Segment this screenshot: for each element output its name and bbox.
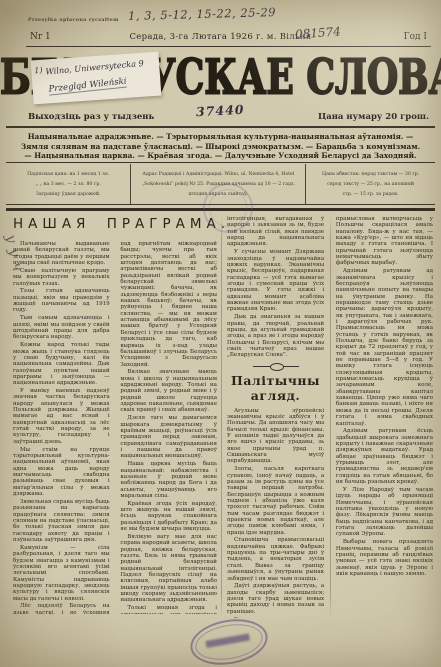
program-article: НАШАЯ ПРАГРАМА. Пачынаючы выдаваньне нов… xyxy=(13,216,217,618)
article-column-2: пад прыгнётам міжнароднай банды; чуючы п… xyxy=(120,241,217,614)
year-label: Год І xyxy=(404,32,427,42)
column-rule xyxy=(221,216,222,618)
article-column-3: інтэлігенцыя, выгадаваная ў народзе і зь… xyxy=(227,216,324,618)
article-title-political-review: Палітычны агляд. xyxy=(227,373,324,403)
subheader-row: Выходзіць раз у тыдзень Цана нумару 20 г… xyxy=(28,112,429,122)
handwritten-pagination-note: 1, 3, 5-12, 15-22, 25-29 xyxy=(128,5,276,23)
body-columns: НАШАЯ ПРАГРАМА. Пачынаючы выдаваньне нов… xyxy=(13,216,433,618)
oval-library-stamp xyxy=(187,614,271,667)
price-note: Цана нумару 20 грош. xyxy=(318,112,429,122)
frequency-note: Выходзіць раз у тыдзень xyxy=(28,112,154,122)
political-review-start: Агульны эўропейскі эканамічны крызіс адб… xyxy=(227,408,324,618)
program-article-ending: інтэлігенцыя, выгадаваная ў народзе і зь… xyxy=(227,216,324,359)
label-title-line: Przegląd Wileński xyxy=(48,77,127,96)
header-rule xyxy=(26,46,431,47)
dateline: Серада, 3-га Лютага 1926 г. м. Вільня xyxy=(0,32,441,42)
label-mark: 1) xyxy=(34,66,43,76)
subscription-price-box: Падпісная цана: на 1 месяц 1 зл.„ „ на 3… xyxy=(6,164,130,204)
right-columns: інтэлігенцыя, выгадаваная ў народзе і зь… xyxy=(227,216,433,618)
advertising-price-box: Цана абвестак: перад тэкстам — 30 гр.сяр… xyxy=(306,164,435,204)
pasted-address-label: 1) Wilno, Uniwersytecka 9 Przegląd Wileń… xyxy=(31,52,162,105)
slogan-bar: Нацыянальнае адраджэньне. — Тэрыторыяльн… xyxy=(6,126,435,161)
label-address-line: Wilno, Uniwersytecka 9 xyxy=(45,57,155,77)
slogan-bottom-rule xyxy=(6,162,435,163)
postage-paid-note: Przesyłka opłacona ryczałtem xyxy=(28,17,119,23)
round-library-stamp xyxy=(203,183,253,233)
article-column-1: Пачынаючы выдаваньне новай беларускай га… xyxy=(13,241,110,614)
article-title-program: НАШАЯ ПРАГРАМА. xyxy=(13,216,217,232)
article-column-4: прамысловая вытворчасьць у Польшчы скара… xyxy=(336,216,433,618)
section-divider-ornament xyxy=(253,363,299,370)
newspaper-front-page: Przesyłka opłacona ryczałtem 1, 3, 5-12,… xyxy=(0,0,441,667)
